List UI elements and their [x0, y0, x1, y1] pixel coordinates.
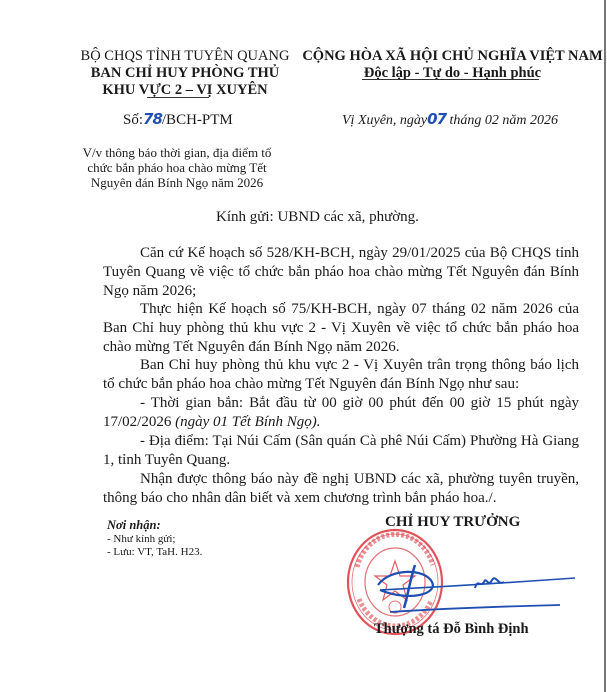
document-number: Số:78/BCH-PTM — [123, 110, 233, 129]
agency-name: BAN CHỈ HUY PHÒNG THỦ — [60, 65, 310, 82]
date-suffix: tháng 02 năm 2026 — [446, 113, 558, 128]
paragraph-request: Nhận được thông báo này đề nghị UBND các… — [103, 470, 579, 508]
paragraph-time: - Thời gian bắn: Bắt đầu từ 00 giờ 00 ph… — [103, 394, 579, 432]
paragraph-location: - Địa điểm: Tại Núi Cấm (Sân quán Cà phê… — [103, 432, 579, 470]
date-line: Vị Xuyên, ngày07 tháng 02 năm 2026 — [342, 110, 558, 129]
signature-title: CHỈ HUY TRƯỞNG — [385, 514, 520, 531]
date-prefix: Vị Xuyên, ngày — [342, 113, 427, 128]
recipient-item: - Lưu: VT, TaH. H23. — [107, 546, 202, 559]
recipient-item: - Như kính gửi; — [107, 533, 202, 546]
signer-name: Thượng tá Đỗ Bình Định — [374, 621, 529, 638]
paragraph-location-text: - Địa điểm: Tại Núi Cấm (Sân quán Cà phê… — [103, 433, 579, 468]
recipients-title: Nơi nhận: — [107, 518, 202, 533]
agency-parent: BỘ CHQS TỈNH TUYÊN QUANG — [60, 48, 310, 65]
paragraph-implementation-text: Thực hiện Kế hoạch số 75/KH-BCH, ngày 07… — [103, 301, 579, 355]
recipients-block: Nơi nhận: - Như kính gửi; - Lưu: VT, TaH… — [107, 518, 202, 559]
paragraph-implementation: Thực hiện Kế hoạch số 75/KH-BCH, ngày 07… — [103, 300, 579, 357]
agency-underline — [147, 97, 209, 98]
doc-number-suffix: /BCH-PTM — [162, 112, 233, 128]
paragraph-time-note: (ngày 01 Tết Bính Ngọ). — [175, 414, 320, 430]
signature-icon — [370, 560, 580, 620]
paragraph-request-text: Nhận được thông báo này đề nghị UBND các… — [103, 471, 579, 506]
doc-number-prefix: Số: — [123, 112, 143, 128]
national-title: CỘNG HÒA XÃ HỘI CHỦ NGHĨA VIỆT NAM — [300, 48, 605, 65]
paragraph-announcement-text: Ban Chỉ huy phòng thủ khu vực 2 - Vị Xuy… — [103, 357, 579, 392]
document-subject: V/v thông báo thời gian, địa điểm tổ chứ… — [72, 145, 282, 190]
date-day-handwritten: 07 — [427, 110, 446, 128]
paragraph-basis: Căn cứ Kế hoạch số 528/KH-BCH, ngày 29/0… — [103, 244, 579, 301]
motto-underline — [362, 79, 539, 80]
paragraph-basis-text: Căn cứ Kế hoạch số 528/KH-BCH, ngày 29/0… — [103, 245, 579, 299]
page-edge-scrollbar — [604, 0, 606, 692]
recipient-line: Kính gửi: UBND các xã, phường. — [216, 209, 419, 226]
national-header: CỘNG HÒA XÃ HỘI CHỦ NGHĨA VIỆT NAM Độc l… — [300, 48, 605, 82]
paragraph-announcement: Ban Chỉ huy phòng thủ khu vực 2 - Vị Xuy… — [103, 356, 579, 394]
issuing-agency-header: BỘ CHQS TỈNH TUYÊN QUANG BAN CHỈ HUY PHÒ… — [60, 48, 310, 99]
doc-number-handwritten: 78 — [143, 110, 162, 128]
